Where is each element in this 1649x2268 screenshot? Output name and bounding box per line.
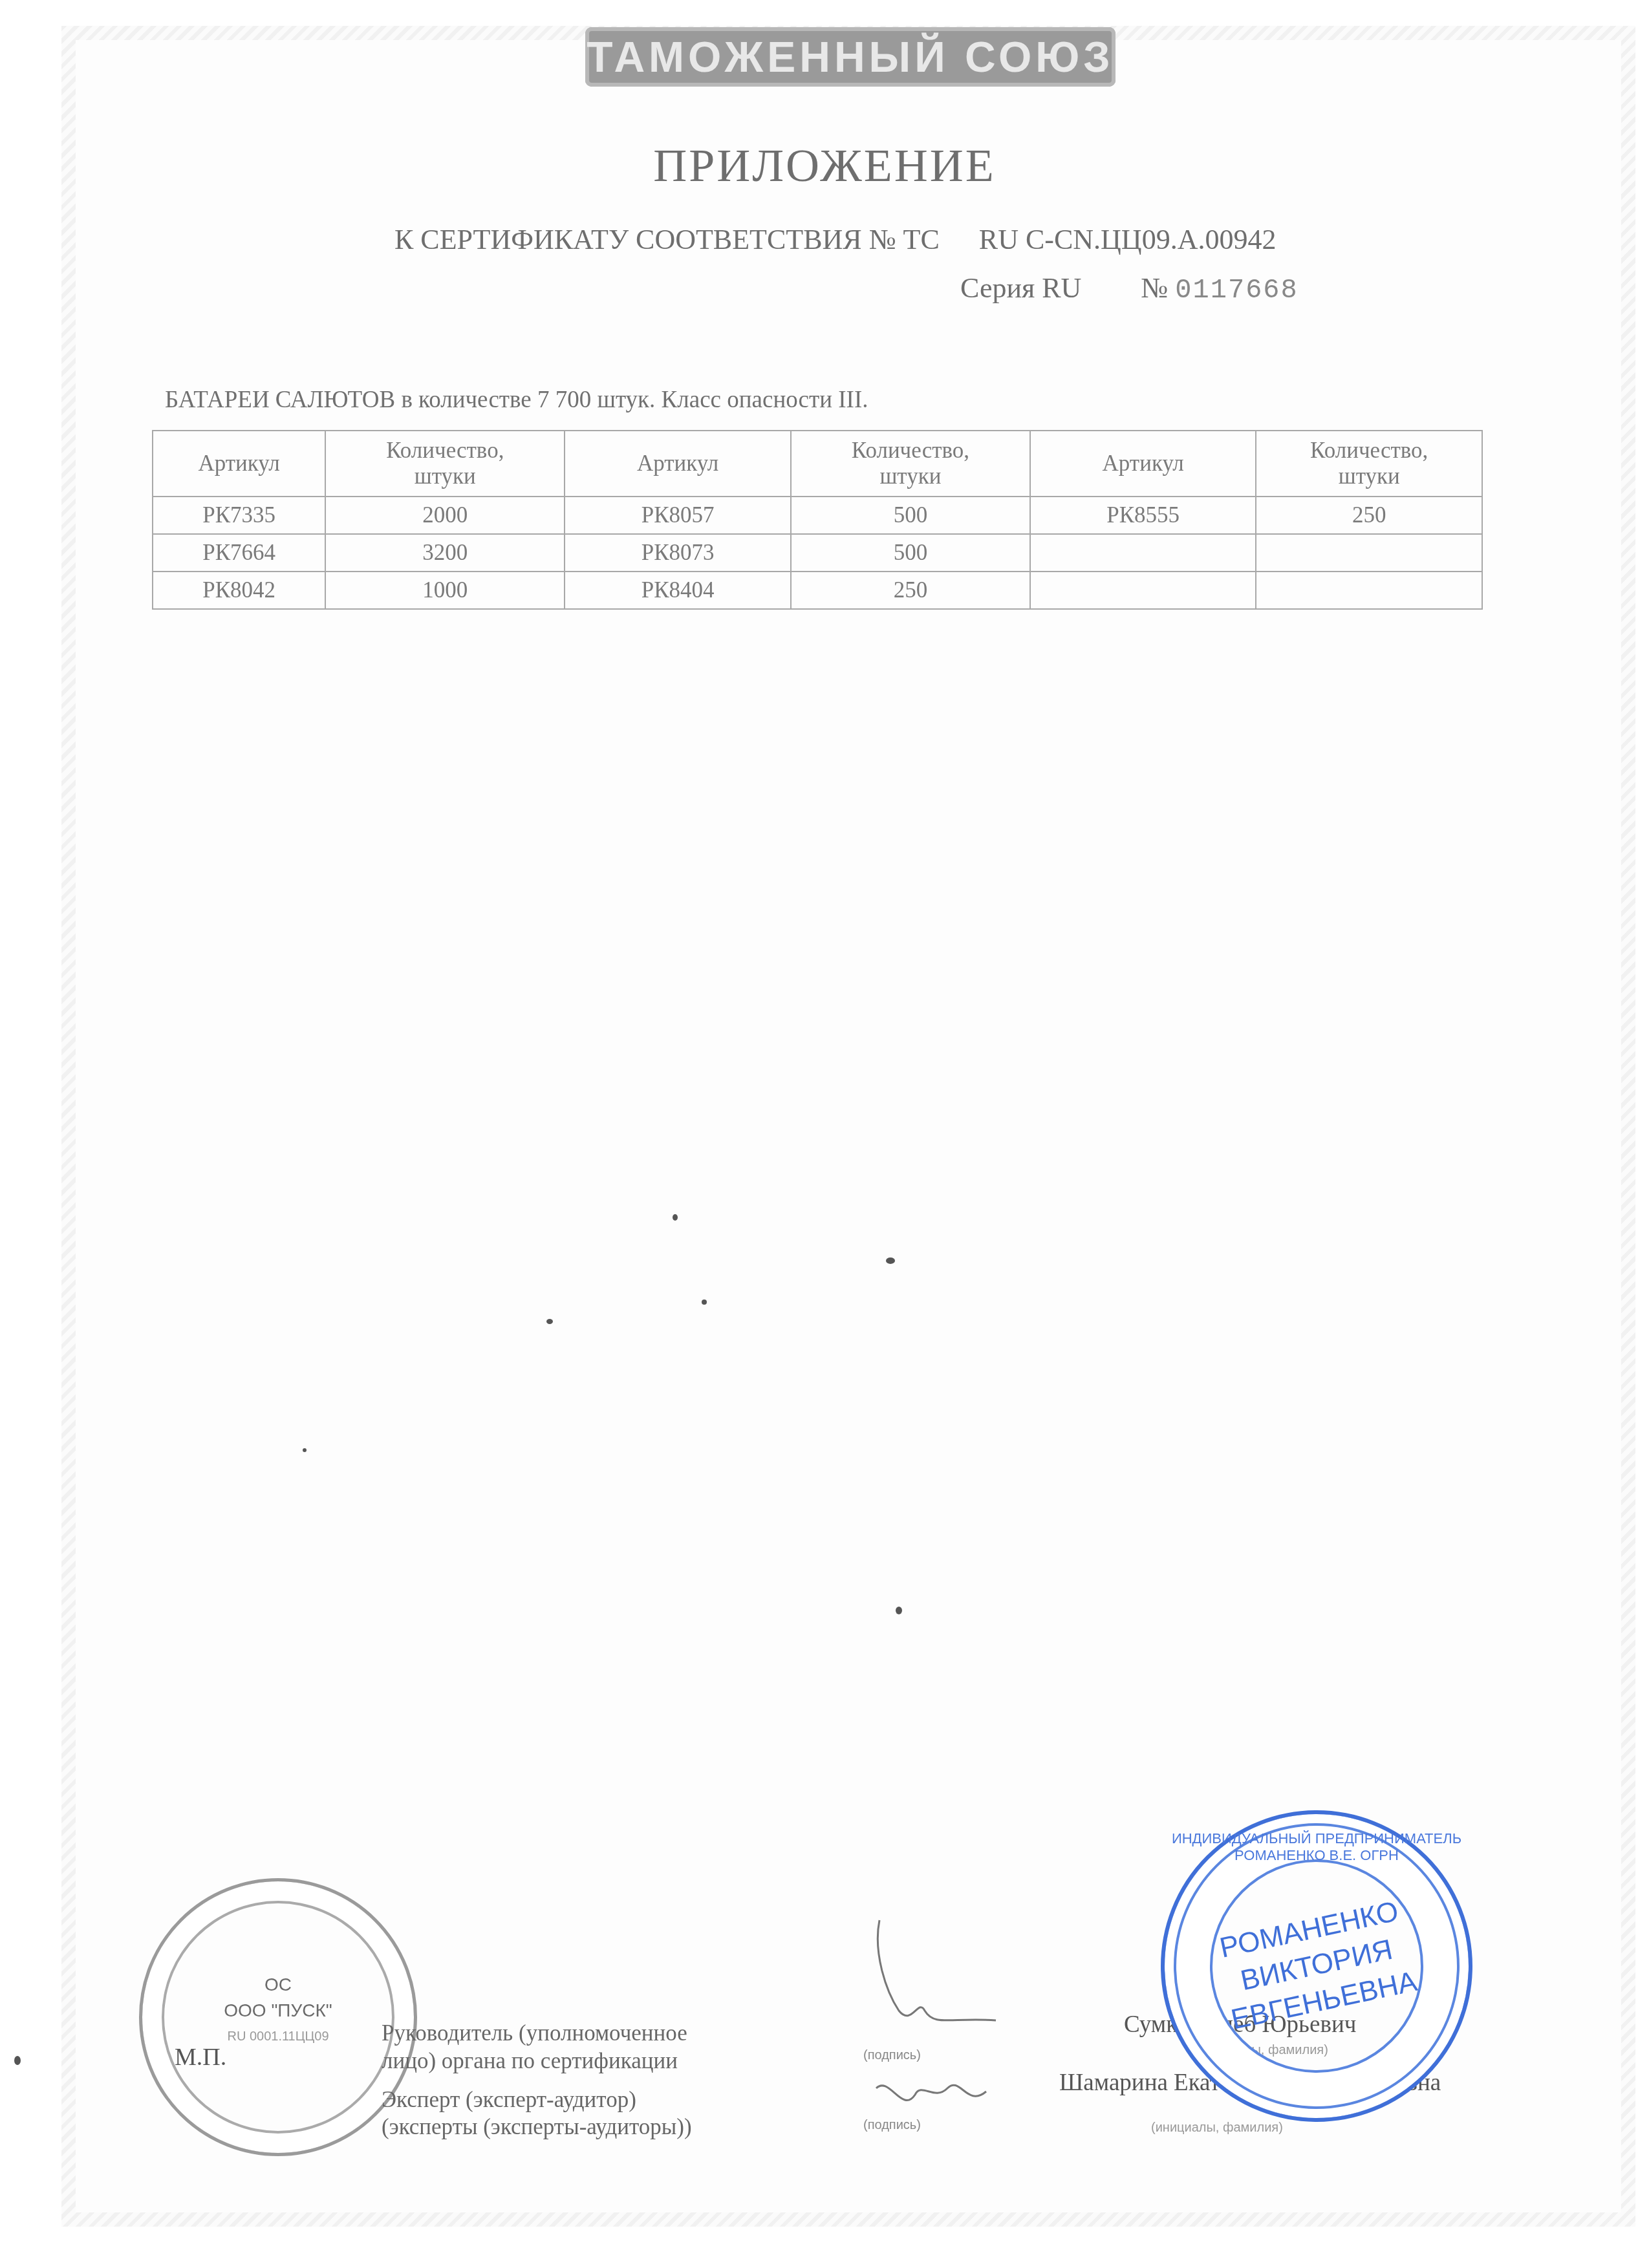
quantity-cell — [1256, 534, 1482, 572]
signature-label: (подпись) — [863, 2048, 921, 2063]
quantity-cell: 1000 — [325, 572, 565, 609]
article-cell: РК8404 — [565, 572, 791, 609]
article-cell: РК8057 — [565, 497, 791, 534]
expert-role-line2: (эксперты (эксперты-аудиторы)) — [382, 2114, 692, 2140]
page-title: ПРИЛОЖЕНИЕ — [0, 139, 1649, 193]
certificate-prefix: К СЕРТИФИКАТУ СООТВЕТСТВИЯ № ТС — [394, 224, 940, 255]
scan-speck — [303, 1448, 307, 1452]
scan-speck — [546, 1319, 553, 1324]
quantity-cell: 3200 — [325, 534, 565, 572]
scan-speck — [886, 1257, 895, 1264]
head-role-line1: Руководитель (уполномоченное — [382, 2020, 687, 2046]
article-cell: РК7664 — [153, 534, 325, 572]
table-header-row: Артикул Количество, штуки Артикул Количе… — [153, 431, 1482, 497]
number-label: № — [1141, 272, 1168, 304]
series-line: Серия RU № 0117668 — [960, 272, 1299, 306]
quantity-cell: 500 — [791, 497, 1030, 534]
table-row: РК7335 2000 РК8057 500 РК8555 250 — [153, 497, 1482, 534]
form-number: 0117668 — [1175, 275, 1298, 306]
article-cell: РК8555 — [1030, 497, 1256, 534]
article-cell: РК7335 — [153, 497, 325, 534]
quantity-cell — [1256, 572, 1482, 609]
scan-speck — [896, 1607, 902, 1614]
col-header-quantity: Количество, штуки — [791, 431, 1030, 497]
head-signature — [860, 1914, 1009, 2069]
certification-body-stamp: ОС ООО "ПУСК" RU 0001.11ЦЦ09 — [139, 1878, 417, 2156]
stamp-os-label: ОС — [142, 1972, 414, 1998]
quantity-cell: 250 — [1256, 497, 1482, 534]
article-cell: РК8042 — [153, 572, 325, 609]
article-cell — [1030, 572, 1256, 609]
stamp-ring-text: ИНДИВИДУАЛЬНЫЙ ПРЕДПРИНИМАТЕЛЬ РОМАНЕНКО… — [1165, 1830, 1469, 1864]
customs-union-banner: ТАМОЖЕННЫЙ СОЮЗ — [585, 27, 1115, 87]
scan-speck — [14, 2056, 21, 2065]
expert-role-line1: Эксперт (эксперт-аудитор) — [382, 2087, 636, 2113]
entrepreneur-stamp: ИНДИВИДУАЛЬНЫЙ ПРЕДПРИНИМАТЕЛЬ РОМАНЕНКО… — [1161, 1810, 1472, 2122]
article-cell: РК8073 — [565, 534, 791, 572]
table-row: РК7664 3200 РК8073 500 — [153, 534, 1482, 572]
initials-label: (инициалы, фамилия) — [1151, 2121, 1283, 2135]
scan-speck — [702, 1300, 707, 1305]
head-role-line2: лицо) органа по сертификации — [382, 2048, 678, 2074]
certificate-number: RU С-CN.ЦЦ09.А.00942 — [979, 224, 1277, 255]
col-header-article: Артикул — [153, 431, 325, 497]
quantity-cell: 250 — [791, 572, 1030, 609]
expert-signature — [863, 2062, 993, 2121]
quantity-cell: 500 — [791, 534, 1030, 572]
series-label: Серия — [960, 272, 1035, 304]
seal-place-label: М.П. — [175, 2043, 226, 2071]
series-value: RU — [1042, 272, 1081, 304]
article-cell — [1030, 534, 1256, 572]
col-header-quantity: Количество, штуки — [1256, 431, 1482, 497]
col-header-article: Артикул — [1030, 431, 1256, 497]
col-header-article: Артикул — [565, 431, 791, 497]
stamp-org-name: ООО "ПУСК" — [142, 1998, 414, 2024]
product-description: БАТАРЕИ САЛЮТОВ в количестве 7 700 штук.… — [165, 386, 868, 414]
signature-label: (подпись) — [863, 2118, 921, 2133]
table-row: РК8042 1000 РК8404 250 — [153, 572, 1482, 609]
items-table: Артикул Количество, штуки Артикул Количе… — [152, 430, 1483, 610]
certificate-reference: К СЕРТИФИКАТУ СООТВЕТСТВИЯ № ТС RU С-CN.… — [394, 223, 1276, 256]
scan-speck — [673, 1214, 678, 1221]
quantity-cell: 2000 — [325, 497, 565, 534]
col-header-quantity: Количество, штуки — [325, 431, 565, 497]
